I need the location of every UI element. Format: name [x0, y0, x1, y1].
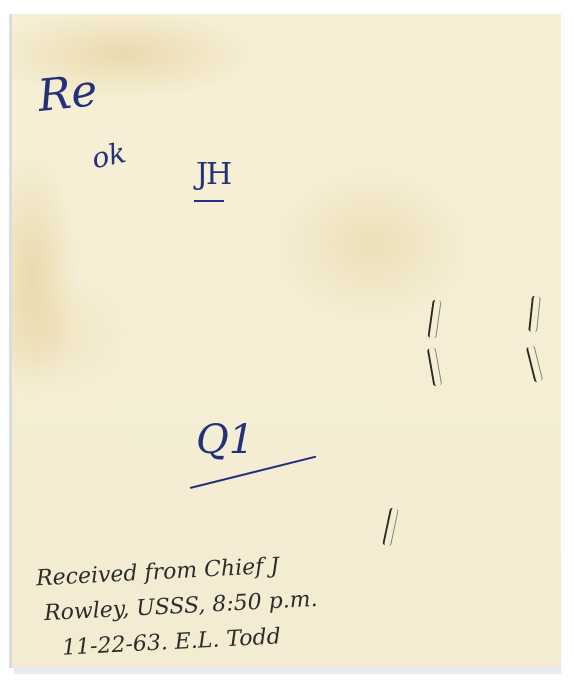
handwritten-initials-ok: ok — [89, 139, 128, 173]
initials-underline — [194, 200, 224, 202]
handwritten-initials-jh: JH — [196, 160, 230, 190]
scan-edge — [14, 668, 561, 674]
exhibit-label-q1: Q1 — [196, 420, 254, 460]
handwritten-initials-ref: Re — [36, 69, 99, 119]
